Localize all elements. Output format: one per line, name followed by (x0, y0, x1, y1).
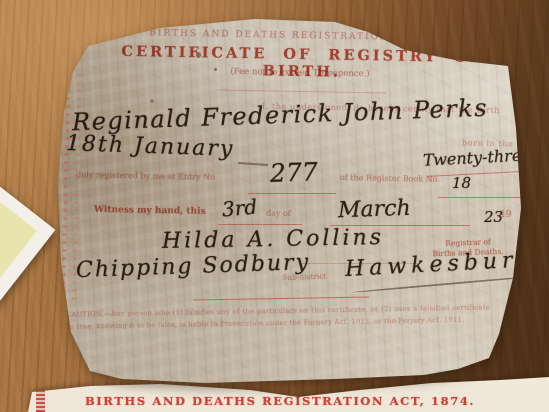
certificate-wrap: BIRTHS AND DEATHS REGISTRATION ACT 1874.… (0, 0, 549, 412)
red-rule (218, 224, 302, 225)
day-of-label: day of (266, 209, 310, 219)
photo-of-birth-certificate: BIRTHS AND DEATHS REGISTRATION ACT, 1874… (0, 0, 549, 412)
witness-month: March (338, 196, 411, 224)
witness-year: 23 (484, 208, 503, 226)
stain-spot (150, 99, 154, 103)
register-book-number: 18 (452, 174, 471, 192)
red-rule (248, 193, 336, 194)
red-rule (438, 197, 524, 198)
witness-day: 3rd (221, 195, 258, 222)
entry-number: 277 (270, 157, 319, 188)
certificate: BIRTHS AND DEATHS REGISTRATION ACT 1874.… (0, 0, 549, 412)
registrar-signature: Hilda A. Collins (162, 225, 384, 254)
